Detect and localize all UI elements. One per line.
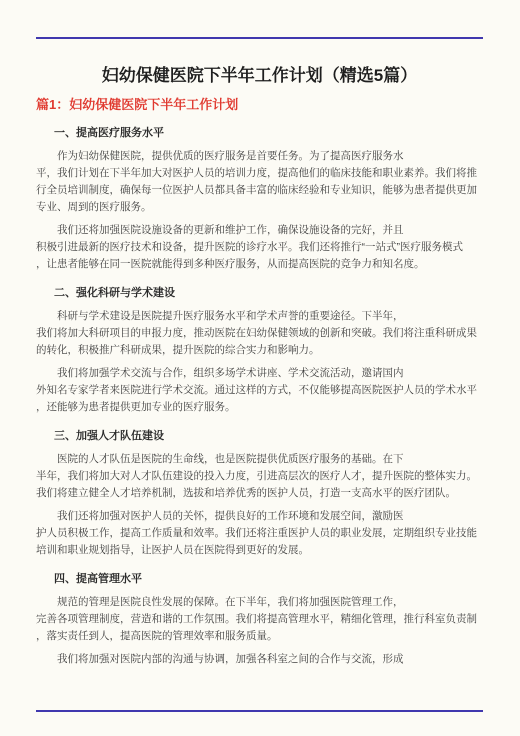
section-2-paragraph-1: 科研与学术建设是医院提升医疗服务水平和学术声誉的重要途径。下半年， 我们将加大科… — [36, 308, 483, 359]
section-2-paragraph-2: 我们将加强学术交流与合作，组织多场学术讲座、学术交流活动，邀请国内 外知名专家学… — [36, 365, 483, 416]
section-4-paragraph-2: 我们将加强对医院内部的沟通与协调，加强各科室之间的合作与交流，形成 — [36, 651, 483, 668]
section-1-paragraph-1: 作为妇幼保健医院，提供优质的医疗服务是首要任务。为了提高医疗服务水 平，我们计划… — [36, 148, 483, 216]
section-4-heading: 四、提高管理水平 — [36, 571, 483, 588]
section-4-paragraph-1: 规范的管理是医院良性发展的保障。在下半年，我们将加强医院管理工作， 完善各项管理… — [36, 594, 483, 645]
section-3-paragraph-2: 我们还将加强对医护人员的关怀，提供良好的工作环境和发展空间，激励医 护人员积极工… — [36, 508, 483, 559]
bottom-divider — [36, 710, 483, 712]
section-3: 三、加强人才队伍建设 医院的人才队伍是医院的生命线，也是医院提供优质医疗服务的基… — [36, 428, 483, 559]
section-2-heading: 二、强化科研与学术建设 — [36, 285, 483, 302]
section-1-heading: 一、提高医疗服务水平 — [36, 125, 483, 142]
part-1-heading: 篇1：妇幼保健医院下半年工作计划 — [36, 96, 483, 113]
section-3-paragraph-1: 医院的人才队伍是医院的生命线，也是医院提供优质医疗服务的基础。在下 半年，我们将… — [36, 451, 483, 502]
document-title: 妇幼保健医院下半年工作计划（精选5篇） — [36, 64, 483, 88]
section-2: 二、强化科研与学术建设 科研与学术建设是医院提升医疗服务水平和学术声誉的重要途径… — [36, 285, 483, 416]
section-4: 四、提高管理水平 规范的管理是医院良性发展的保障。在下半年，我们将加强医院管理工… — [36, 571, 483, 668]
section-1-paragraph-2: 我们还将加强医院设施设备的更新和维护工作，确保设施设备的完好，并且 积极引进最新… — [36, 222, 483, 273]
top-divider — [36, 37, 483, 39]
document-page: 妇幼保健医院下半年工作计划（精选5篇） 篇1：妇幼保健医院下半年工作计划 一、提… — [0, 0, 520, 736]
section-1: 一、提高医疗服务水平 作为妇幼保健医院，提供优质的医疗服务是首要任务。为了提高医… — [36, 125, 483, 273]
section-3-heading: 三、加强人才队伍建设 — [36, 428, 483, 445]
document-content: 妇幼保健医院下半年工作计划（精选5篇） 篇1：妇幼保健医院下半年工作计划 一、提… — [36, 40, 483, 668]
